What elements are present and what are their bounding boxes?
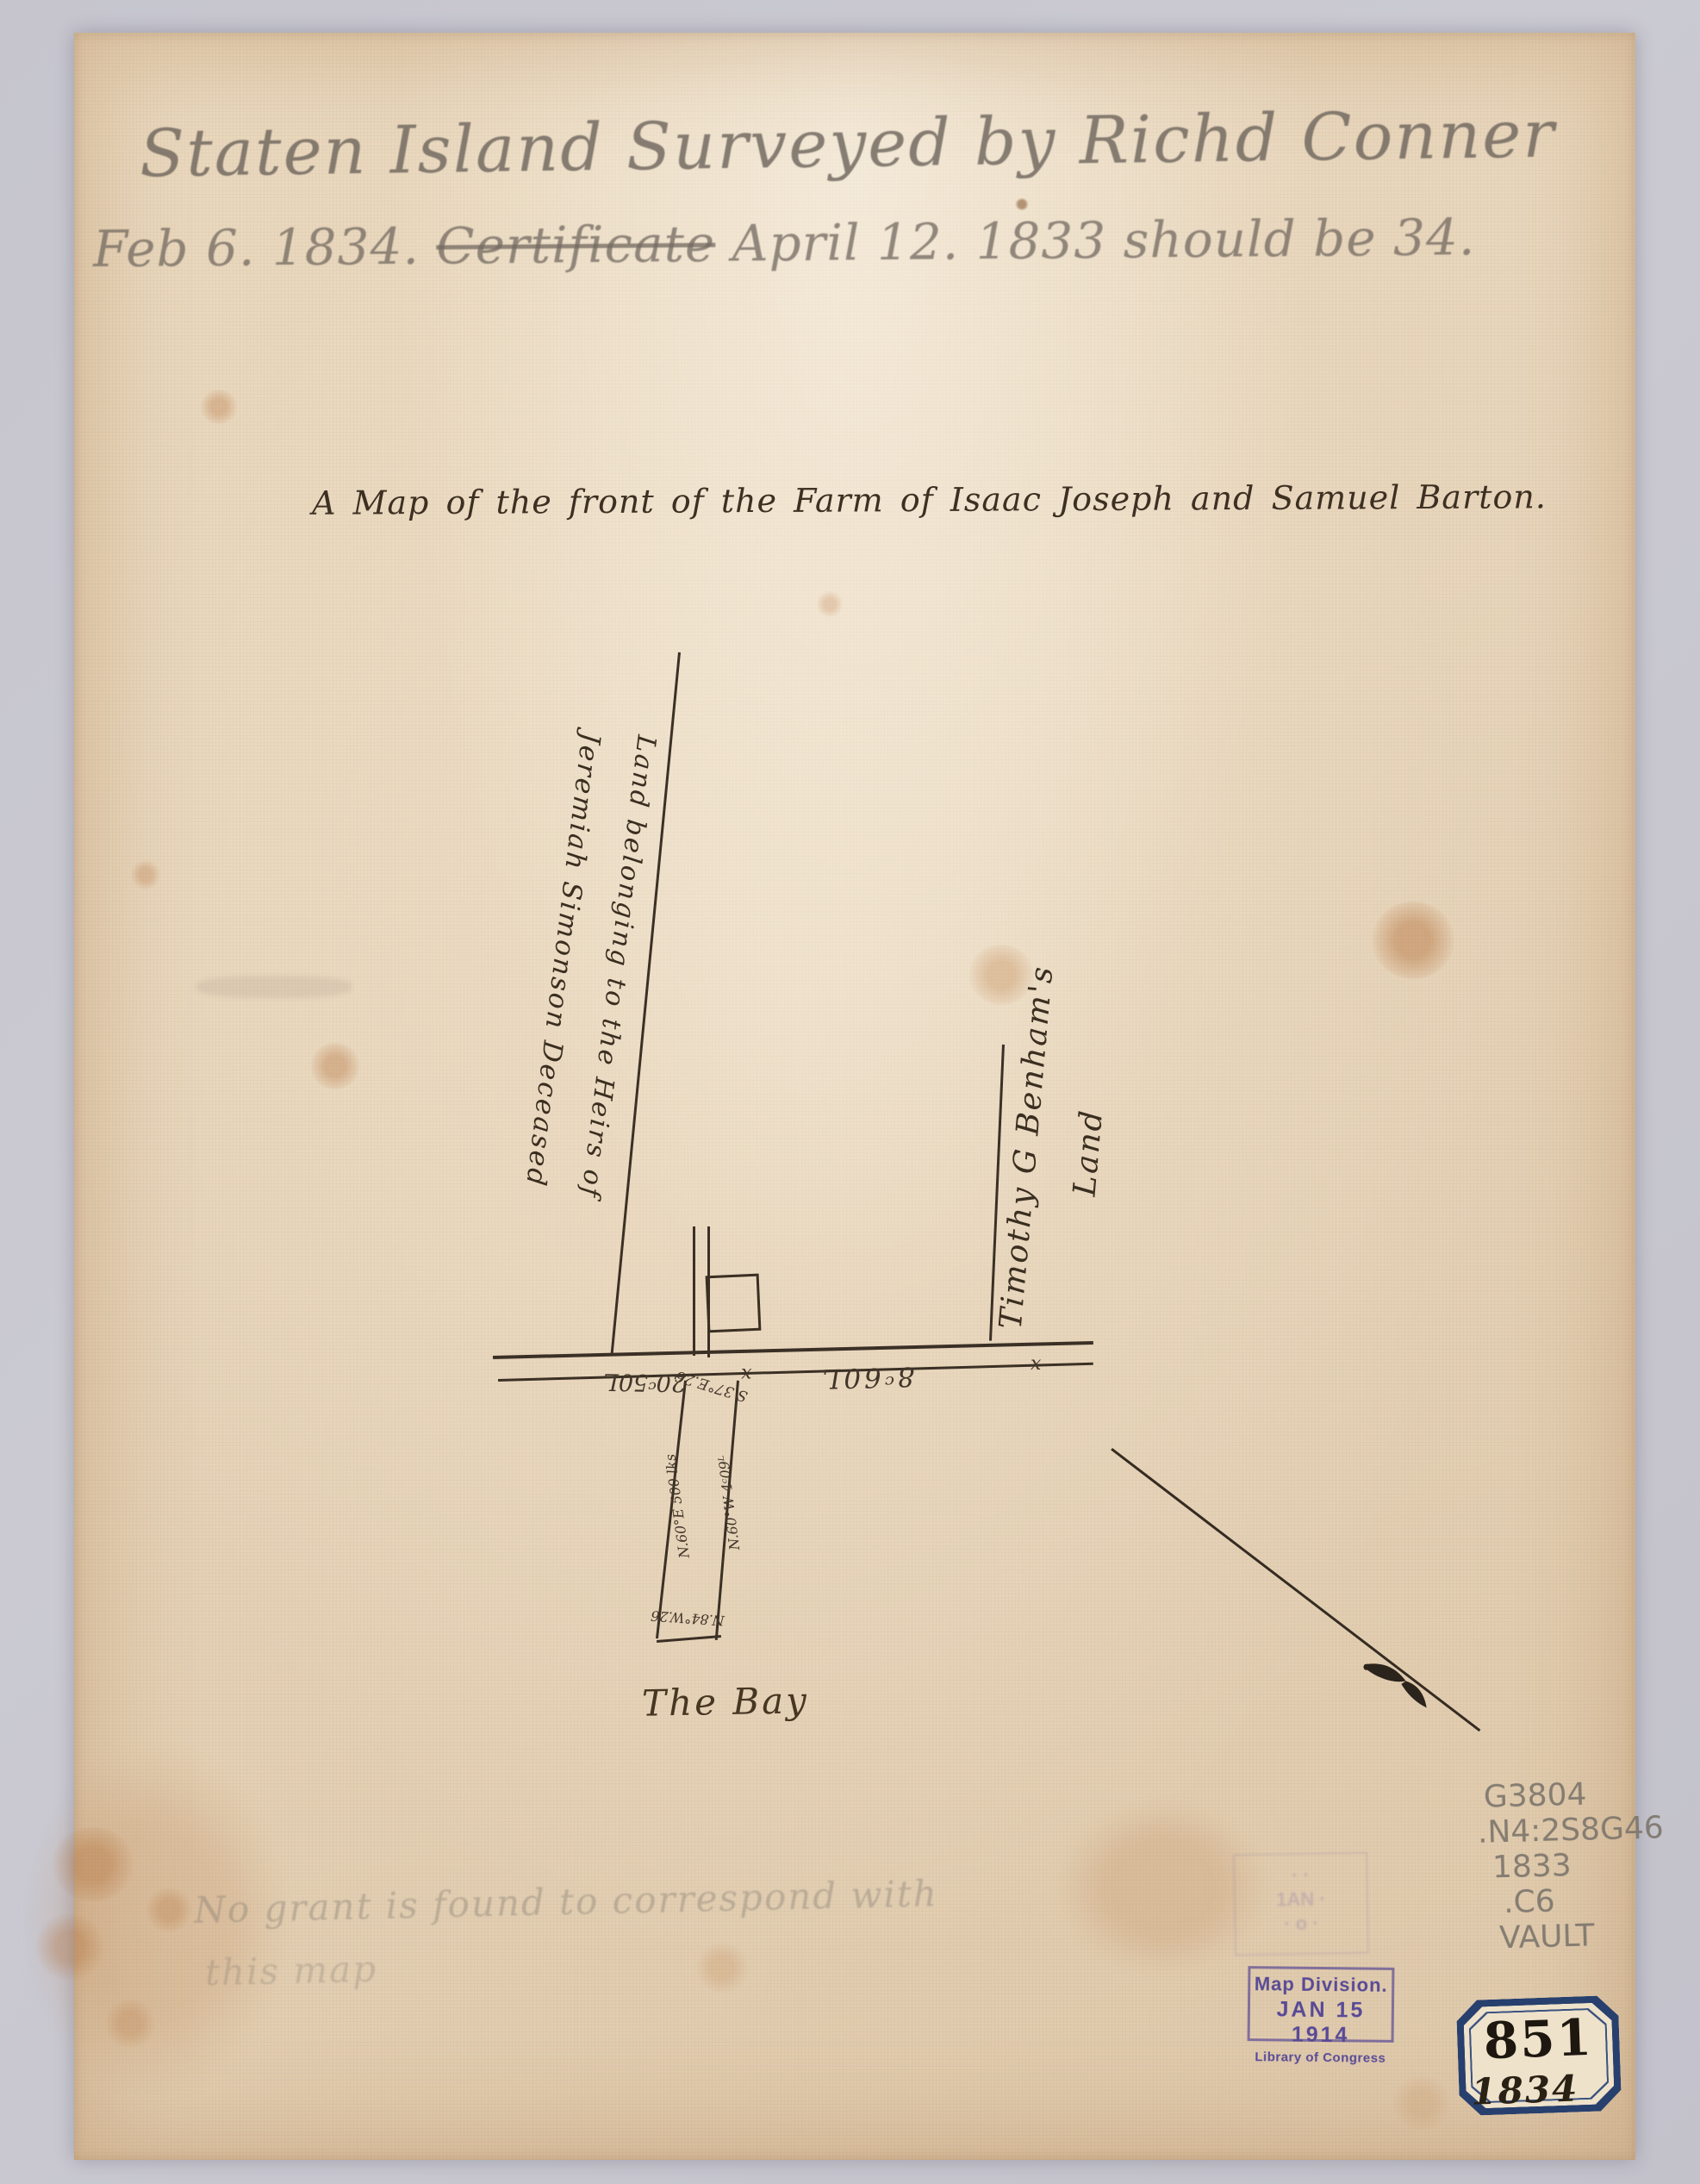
faded-stamp-line1: · · <box>1235 1863 1366 1889</box>
stamp-line1: Map Division. <box>1250 1973 1392 1997</box>
call-number-line: VAULT <box>1499 1916 1667 1956</box>
stamp-date: JAN 15 1914 <box>1249 1997 1392 2049</box>
pencil-note-line2: Feb 6. 1834. Certificate April 12. 1833 … <box>93 208 1476 278</box>
faded-stamp-line3: · o · <box>1236 1911 1367 1938</box>
corner-x-mark-1: x <box>741 1363 751 1385</box>
corner-x-mark-2: x <box>1031 1353 1041 1375</box>
faded-stamp-line2: 1AN · <box>1236 1887 1367 1913</box>
shelf-label-number: 851 <box>1456 2007 1620 2072</box>
pencil-note-certdate: April 12. 1833 should be 34. <box>715 208 1476 273</box>
road-measurement-right: 8ᶜ60L <box>798 1360 937 1395</box>
pencil-note-struck-word: Certificate <box>436 215 716 276</box>
bay-label: The Bay <box>642 1679 810 1724</box>
scanned-map-page: Staten Island Surveyed by Richd Conner F… <box>0 0 1700 2184</box>
call-number-block: G3804 .N4:2S8G46 1833 .C6 VAULT <box>1476 1775 1666 1956</box>
map-division-stamp: Map Division. JAN 15 1914 Library of Con… <box>1248 1966 1395 2043</box>
faded-stamp: · · 1AN · · o · <box>1233 1852 1369 1956</box>
call-number-line: 1833 <box>1491 1845 1665 1885</box>
call-number-line: .N4:2S8G46 <box>1477 1810 1664 1850</box>
driveway-line-left <box>693 1226 695 1356</box>
stamp-line3: Library of Congress <box>1249 2050 1391 2066</box>
faint-pencil-note-line2: this map <box>204 1948 377 1994</box>
map-title: A Map of the front of the Farm of Isaac … <box>312 477 1547 522</box>
call-number-line: G3804 <box>1483 1775 1663 1814</box>
cloth-map-sheet <box>74 33 1635 2160</box>
building-outline <box>706 1274 762 1333</box>
pencil-note-date: Feb 6. 1834. <box>93 217 437 278</box>
shelf-label-year: 1834 <box>1471 2067 1580 2112</box>
call-number-line: .C6 <box>1504 1881 1666 1920</box>
shelf-label: 851 1834 <box>1456 1995 1622 2116</box>
